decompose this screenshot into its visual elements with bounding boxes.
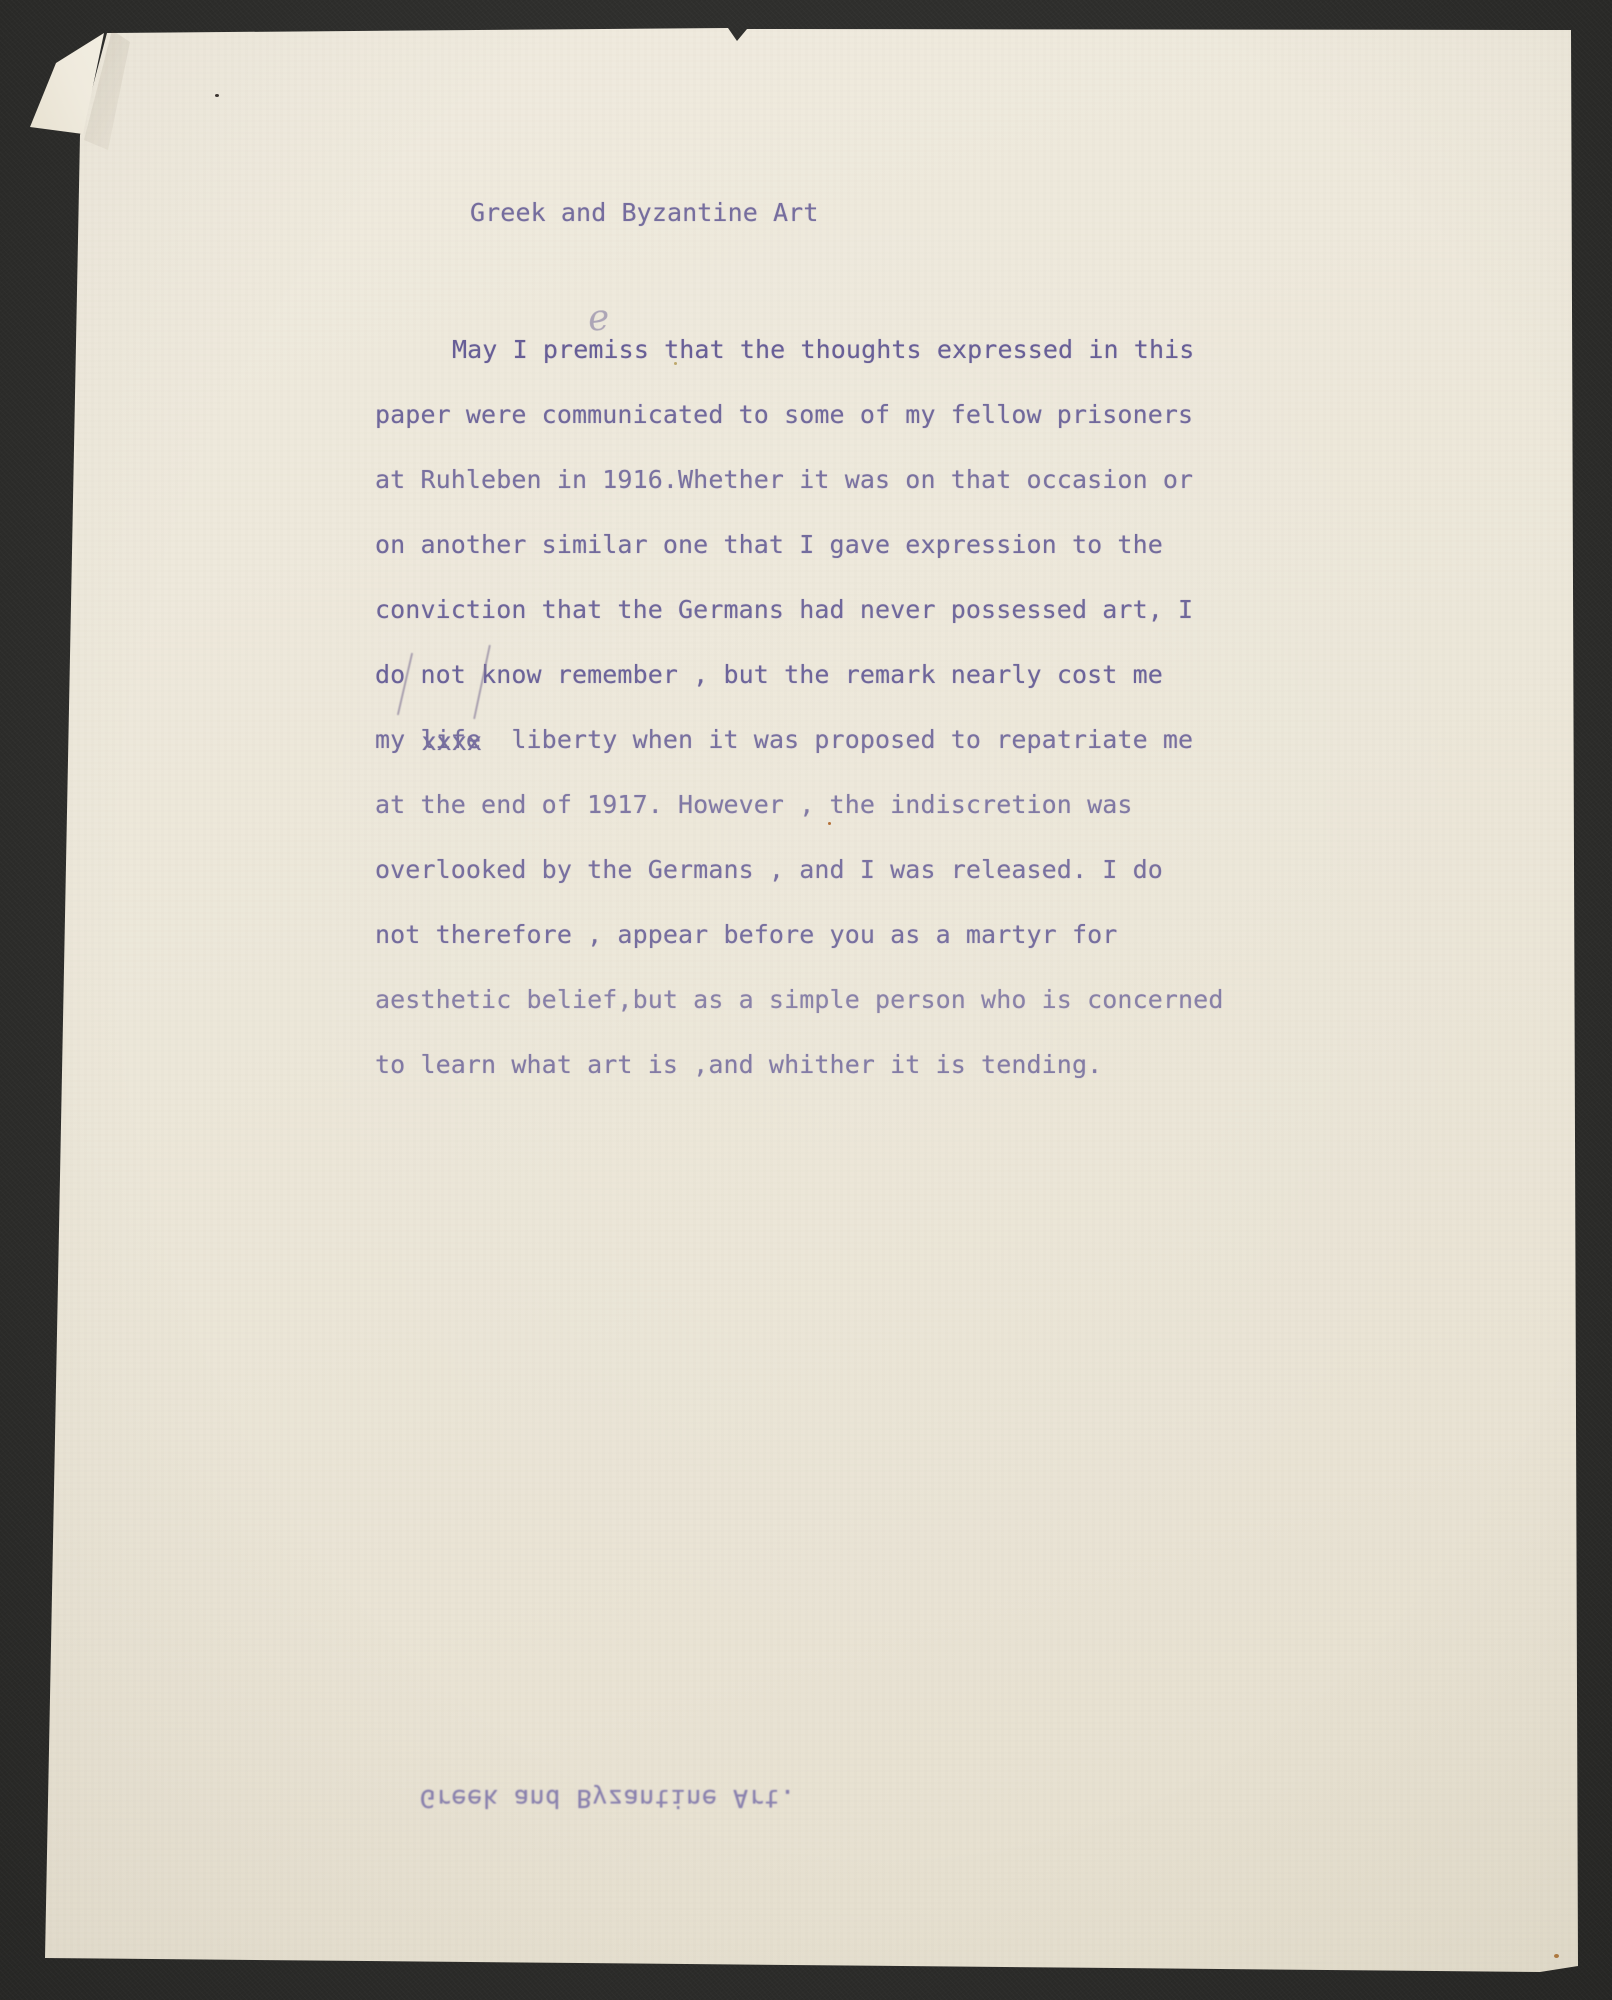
typed-line-3: at Ruhleben in 1916.Whether it was on th… (375, 465, 1193, 495)
typed-line-7: my lifexxxx liberty when it was proposed… (375, 725, 1193, 755)
typed-line-1: May I premiss that the thoughts expresse… (452, 335, 1194, 365)
handwritten-correction: e (587, 297, 611, 339)
ink-transfer-text: Greek and Byzantine Art. (420, 1784, 796, 1813)
rust-speck (1554, 1954, 1559, 1958)
overstrike-x-marks: xxxx (421, 727, 482, 757)
document-title: Greek and Byzantine Art (470, 198, 818, 228)
typed-line-5: conviction that the Germans had never po… (375, 595, 1193, 625)
typed-line-2: paper were communicated to some of my fe… (375, 400, 1193, 430)
typed-line-10: not therefore , appear before you as a m… (375, 920, 1117, 950)
typed-line-8: at the end of 1917. However , the indisc… (375, 790, 1133, 820)
typed-line-6-struck-word: know (481, 660, 542, 689)
typed-line-6-part2: remember , but the remark nearly cost me (542, 660, 1163, 689)
typed-line-11: aesthetic belief,but as a simple person … (375, 985, 1223, 1015)
typed-line-6-part1: do not (375, 660, 481, 689)
typed-line-7-part2: liberty when it was proposed to repatria… (481, 725, 1193, 754)
typed-line-6: do not know remember , but the remark ne… (375, 660, 1163, 690)
typed-line-4: on another similar one that I gave expre… (375, 530, 1163, 560)
typed-line-12: to learn what art is ,and whither it is … (375, 1050, 1102, 1080)
document-page: Greek and Byzantine Art e May I premiss … (0, 0, 1612, 2000)
typed-line-7-part1: my (375, 725, 420, 754)
rust-speck (828, 822, 831, 825)
scan-background: Greek and Byzantine Art e May I premiss … (0, 0, 1612, 2000)
dark-speck (215, 94, 219, 97)
yellow-speck (674, 362, 677, 365)
typed-line-9: overlooked by the Germans , and I was re… (375, 855, 1163, 885)
typed-line-7-struck-word: lifexxxx (420, 725, 481, 755)
